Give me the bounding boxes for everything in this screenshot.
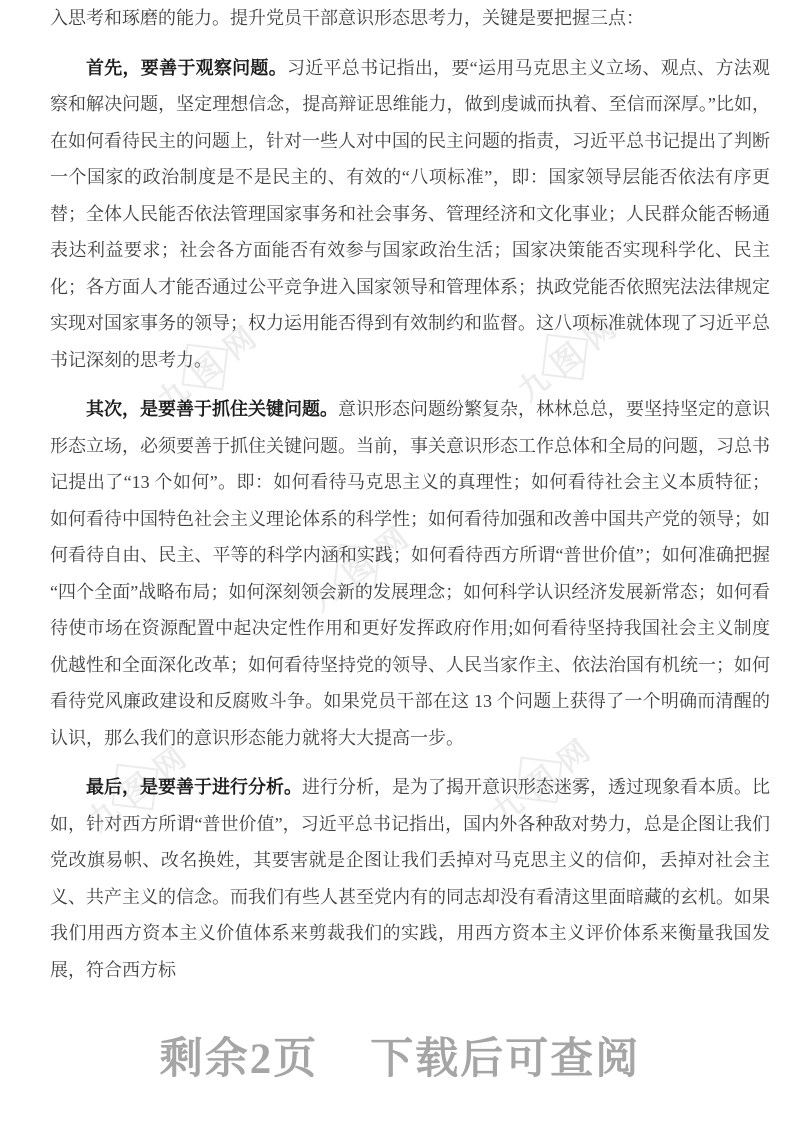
remaining-pages-label: 剩余2页 (160, 1036, 319, 1084)
paragraph: 入思考和琢磨的能力。提升党员干部意识形态思考力，关键是要把握三点： (50, 0, 770, 37)
paragraph-text: 进行分析，是为了揭开意识形态迷雾，透过现象看本质。比如，针对西方所谓“普世价值”… (50, 777, 770, 980)
paragraph-lead: 其次，是要善于抓住关键问题。 (86, 399, 338, 419)
download-notice: 剩余2页 下载后可查阅 (0, 1036, 800, 1084)
paragraph: 其次，是要善于抓住关键问题。意识形态问题纷繁复杂，林林总总，要坚持坚定的意识形态… (50, 391, 770, 756)
paragraph-text: 意识形态问题纷繁复杂，林林总总，要坚持坚定的意识形态立场，必须要善于抓住关键问题… (50, 399, 770, 748)
paragraph-text: 入思考和琢磨的能力。提升党员干部意识形态思考力，关键是要把握三点： (50, 8, 644, 28)
paragraph-lead: 最后，是要善于进行分析。 (86, 777, 302, 797)
paragraph-text: 习近平总书记指出，要“运用马克思主义立场、观点、方法观察和解决问题，坚定理想信念… (50, 58, 770, 370)
paragraph: 最后，是要善于进行分析。进行分析，是为了揭开意识形态迷雾，透过现象看本质。比如，… (50, 769, 770, 988)
paragraph: 首先，要善于观察问题。习近平总书记指出，要“运用马克思主义立场、观点、方法观察和… (50, 50, 770, 379)
download-hint-label: 下载后可查阅 (370, 1036, 640, 1084)
paragraph-lead: 首先，要善于观察问题。 (86, 58, 287, 78)
document-page: 入思考和琢磨的能力。提升党员干部意识形态思考力，关键是要把握三点： 首先，要善于… (0, 0, 800, 988)
